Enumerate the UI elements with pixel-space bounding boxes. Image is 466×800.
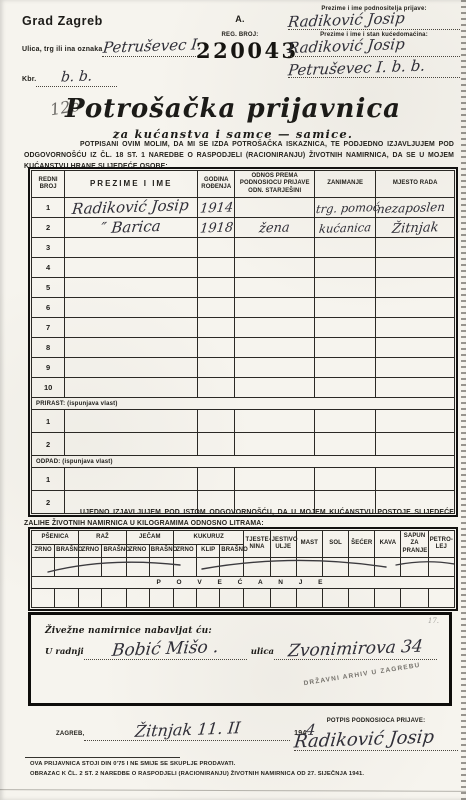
shop-line: Bobić Mišo . — [84, 641, 247, 660]
city-heading: Grad Zagreb — [22, 14, 103, 28]
applicant-line: Radiković Josip — [288, 12, 460, 30]
form-title-block: Potrošačka prijavnica za kućanstva i sam… — [0, 94, 466, 141]
name-handwriting: Radiković Josip — [71, 197, 189, 216]
year-cell — [198, 238, 235, 258]
year-cell — [198, 318, 235, 338]
date-handwriting: Žitnjak 11. II — [134, 720, 241, 740]
row-number: 1 — [32, 410, 65, 433]
year-cell — [198, 410, 235, 433]
workplace-cell: nezaposlen — [376, 198, 455, 218]
workplace-cell — [376, 298, 455, 318]
workplace-cell — [376, 338, 455, 358]
relation-cell — [235, 278, 315, 298]
shop-row: U radnji Bobić Mišo . ulica Zvonimirova … — [45, 641, 437, 660]
person-row-2: 2 ″ Barica 1918 žena kućanica Žitnjak — [32, 218, 455, 238]
person-row-6: 6 — [32, 298, 455, 318]
persons-header-row: REDNI BROJ PREZIME I IME GODINA ROĐENJA … — [32, 171, 455, 198]
name-cell: Radiković Josip — [65, 198, 198, 218]
supply-cell — [102, 589, 126, 608]
col-header-prezime-ime: PREZIME I IME — [65, 171, 198, 198]
householder-handwriting: Radiković Josip — [287, 37, 405, 56]
occupation-handwriting: trg. pomoć — [315, 201, 380, 215]
persons-table-grid: REDNI BROJ PREZIME I IME GODINA ROĐENJA … — [31, 170, 455, 514]
occupation-cell — [314, 358, 375, 378]
odpad-row-1: 1 — [32, 468, 455, 491]
date-line: Žitnjak 11. II — [84, 722, 290, 741]
supplies-data-row-2 — [32, 589, 455, 608]
relation-cell — [235, 298, 315, 318]
occupation-cell: kućanica — [314, 218, 375, 238]
workplace-cell — [376, 318, 455, 338]
supplies-paragraph: UJEDNO IZJAVLJUJEM POD ISTOM ODGOVORNOŠĆ… — [24, 507, 454, 529]
year-cell — [198, 278, 235, 298]
supply-cell — [149, 589, 173, 608]
street-row: Ulica, trg ili ina oznaka Petruševec I. — [22, 38, 202, 57]
row-number: 4 — [32, 258, 65, 278]
row-number: 6 — [32, 298, 65, 318]
occupation-cell: trg. pomoć — [314, 198, 375, 218]
footnote-legal: OBRAZAC K ČL. 2 ST. 2 NAREDBE O RASPODJE… — [30, 770, 450, 780]
person-row-9: 9 — [32, 358, 455, 378]
section-letter: A. — [196, 14, 284, 24]
occupation-cell — [314, 468, 375, 491]
occupation-cell — [314, 433, 375, 456]
shop-handwriting: Bobić Mišo . — [111, 639, 219, 660]
scan-scratch — [0, 789, 466, 792]
row-number: 3 — [32, 238, 65, 258]
applicant-block: Prezime i ime podnositelja prijave: Radi… — [288, 6, 460, 78]
scan-edge-perforation — [461, 0, 466, 800]
person-row-5: 5 — [32, 278, 455, 298]
supply-cell — [296, 589, 322, 608]
person-row-4: 4 — [32, 258, 455, 278]
workplace-cell — [376, 378, 455, 398]
year-cell — [198, 358, 235, 378]
year-handwriting: 1918 — [199, 221, 233, 235]
row-number: 8 — [32, 338, 65, 358]
occupation-cell — [314, 338, 375, 358]
col-header-redni-broj: REDNI BROJ — [32, 171, 65, 198]
workplace-cell — [376, 258, 455, 278]
scanned-form-page: Grad Zagreb Ulica, trg ili ina oznaka Pe… — [0, 0, 466, 800]
supply-cell — [197, 589, 220, 608]
ulica-label: ulica — [251, 647, 274, 657]
place-label: ZAGREB, — [56, 731, 84, 737]
supplier-intro: Živežne namirnice nabavljat ću: — [45, 626, 212, 636]
workplace-cell — [376, 468, 455, 491]
relation-cell — [235, 198, 315, 218]
col-header-godina: GODINA ROĐENJA — [198, 171, 235, 198]
street-label: Ulica, trg ili ina oznaka — [22, 46, 102, 53]
occupation-cell — [314, 410, 375, 433]
supply-cell — [401, 589, 428, 608]
householder-line: Radiković Josip — [288, 38, 460, 57]
supply-cell — [220, 589, 244, 608]
crossed-out-line — [30, 551, 454, 579]
relation-cell — [235, 433, 315, 456]
supply-cell — [244, 589, 270, 608]
row-number: 2 — [32, 433, 65, 456]
relation-cell — [235, 318, 315, 338]
footnotes: OVA PRIJAVNICA STOJI DIN 0'75 I NE SMIJE… — [30, 760, 450, 780]
relation-cell — [235, 410, 315, 433]
name-cell — [65, 468, 198, 491]
year-cell — [198, 433, 235, 456]
occupation-cell — [314, 258, 375, 278]
registration-block: A. REG. BROJ: 220043 — [196, 14, 284, 63]
workplace-cell — [376, 410, 455, 433]
person-row-3: 3 — [32, 238, 455, 258]
signature-handwriting: Radiković Josip — [293, 729, 435, 752]
supply-cell — [428, 589, 454, 608]
col-header-odnos: ODNOS PREMA PODNOSIOCU PRIJAVE ODN. STAR… — [235, 171, 315, 198]
workplace-cell — [376, 358, 455, 378]
kbr-line: b. b. — [36, 68, 117, 87]
year-cell — [198, 378, 235, 398]
prirast-row-2: 2 — [32, 433, 455, 456]
workplace-cell — [376, 433, 455, 456]
name-cell — [65, 318, 198, 338]
signature-line: Radiković Josip — [294, 724, 458, 751]
row-number: 9 — [32, 358, 65, 378]
workplace-handwriting: nezaposlen — [377, 200, 446, 214]
supply-cell — [79, 589, 102, 608]
supply-cell — [270, 589, 296, 608]
row-number: 1 — [32, 198, 65, 218]
supply-cell — [32, 589, 55, 608]
odpad-label: ODPAD: (ispunjava vlast) — [32, 456, 455, 468]
signature-block: POTPIS PODNOSIOCA PRIJAVE: Radiković Jos… — [294, 718, 458, 751]
prirast-label: PRIRAST: (ispunjava vlast) — [32, 398, 455, 410]
year-handwriting: 1914 — [199, 201, 233, 215]
col-header-zanimanje: ZANIMANJE — [314, 171, 375, 198]
form-title: Potrošačka prijavnica — [0, 94, 466, 124]
col-group-psenica: PŠENICA — [32, 531, 79, 545]
row-number: 2 — [32, 218, 65, 238]
name-cell — [65, 258, 198, 278]
name-cell — [65, 378, 198, 398]
supply-cell — [375, 589, 401, 608]
prirast-label-row: PRIRAST: (ispunjava vlast) — [32, 398, 455, 410]
supply-cell — [322, 589, 348, 608]
name-cell — [65, 238, 198, 258]
col-group-raz: RAŽ — [79, 531, 126, 545]
relation-cell — [235, 258, 315, 278]
year-cell — [198, 298, 235, 318]
applicant-handwriting: Radiković Josip — [287, 11, 405, 30]
year-cell: 1914 — [198, 198, 235, 218]
name-cell — [65, 410, 198, 433]
occupation-cell — [314, 318, 375, 338]
row-number: 5 — [32, 278, 65, 298]
row-number: 10 — [32, 378, 65, 398]
shop-label: U radnji — [45, 647, 84, 657]
supply-cell — [126, 589, 149, 608]
person-row-1: 1 Radiković Josip 1914 trg. pomoć nezapo… — [32, 198, 455, 218]
supplier-box: Živežne namirnice nabavljat ću: U radnji… — [28, 612, 452, 706]
archive-stamp: DRŽAVNI ARHIV U ZAGREBU — [303, 662, 421, 687]
reg-number-stamp: 220043 — [196, 38, 284, 63]
name-cell — [65, 298, 198, 318]
row-number: 1 — [32, 468, 65, 491]
relation-cell — [235, 238, 315, 258]
workplace-cell — [376, 238, 455, 258]
year-cell — [198, 258, 235, 278]
kbr-handwriting: b. b. — [60, 69, 93, 84]
occupation-cell — [314, 298, 375, 318]
relation-cell — [235, 338, 315, 358]
footnote-divider — [25, 757, 180, 758]
name-handwriting: ″ Barica — [101, 218, 162, 235]
occupation-cell — [314, 378, 375, 398]
year-cell — [198, 468, 235, 491]
odpad-label-row: ODPAD: (ispunjava vlast) — [32, 456, 455, 468]
prirast-row-1: 1 — [32, 410, 455, 433]
person-row-8: 8 — [32, 338, 455, 358]
workplace-handwriting: Žitnjak — [391, 221, 439, 236]
name-cell — [65, 433, 198, 456]
street-handwriting: Petruševec I. — [102, 37, 202, 56]
ulica-line: Zvonimirova 34 — [274, 641, 437, 660]
name-cell — [65, 338, 198, 358]
person-row-7: 7 — [32, 318, 455, 338]
kbr-row: Kbr. b. b. — [22, 68, 117, 87]
year-cell — [198, 338, 235, 358]
row-number: 7 — [32, 318, 65, 338]
supply-cell — [349, 589, 375, 608]
name-cell — [65, 358, 198, 378]
relation-cell — [235, 358, 315, 378]
col-group-kukuruz: KUKURUZ — [173, 531, 243, 545]
person-row-10: 10 — [32, 378, 455, 398]
name-cell — [65, 278, 198, 298]
occupation-cell — [314, 238, 375, 258]
name-cell: ″ Barica — [65, 218, 198, 238]
persons-table: REDNI BROJ PREZIME I IME GODINA ROĐENJA … — [28, 167, 458, 517]
ulica-handwriting: Zvonimirova 34 — [287, 639, 423, 661]
occupation-cell — [314, 278, 375, 298]
relation-cell — [235, 468, 315, 491]
pencil-mark-box: 17. — [428, 617, 439, 625]
date-row: ZAGREB, Žitnjak 11. II 194 4 — [56, 722, 316, 741]
relation-cell — [235, 378, 315, 398]
year-cell: 1918 — [198, 218, 235, 238]
supply-cell — [173, 589, 196, 608]
workplace-cell: Žitnjak — [376, 218, 455, 238]
col-header-mjesto-rada: MJESTO RADA — [376, 171, 455, 198]
workplace-cell — [376, 278, 455, 298]
kbr-label: Kbr. — [22, 76, 36, 83]
col-group-jecam: JEČAM — [126, 531, 173, 545]
relation-cell: žena — [235, 218, 315, 238]
householder-address-handwriting: Petruševec I. b. b. — [287, 59, 426, 79]
street-line: Petruševec I. — [102, 38, 202, 57]
supply-cell — [55, 589, 79, 608]
householder-address-line: Petruševec I. b. b. — [288, 57, 460, 78]
supplies-group-header-row: PŠENICA RAŽ JEČAM KUKURUZ TJESTE-NINA JE… — [32, 531, 455, 545]
relation-handwriting: žena — [259, 221, 291, 235]
footnote-price: OVA PRIJAVNICA STOJI DIN 0'75 I NE SMIJE… — [30, 760, 450, 770]
occupation-handwriting: kućanica — [319, 222, 372, 235]
